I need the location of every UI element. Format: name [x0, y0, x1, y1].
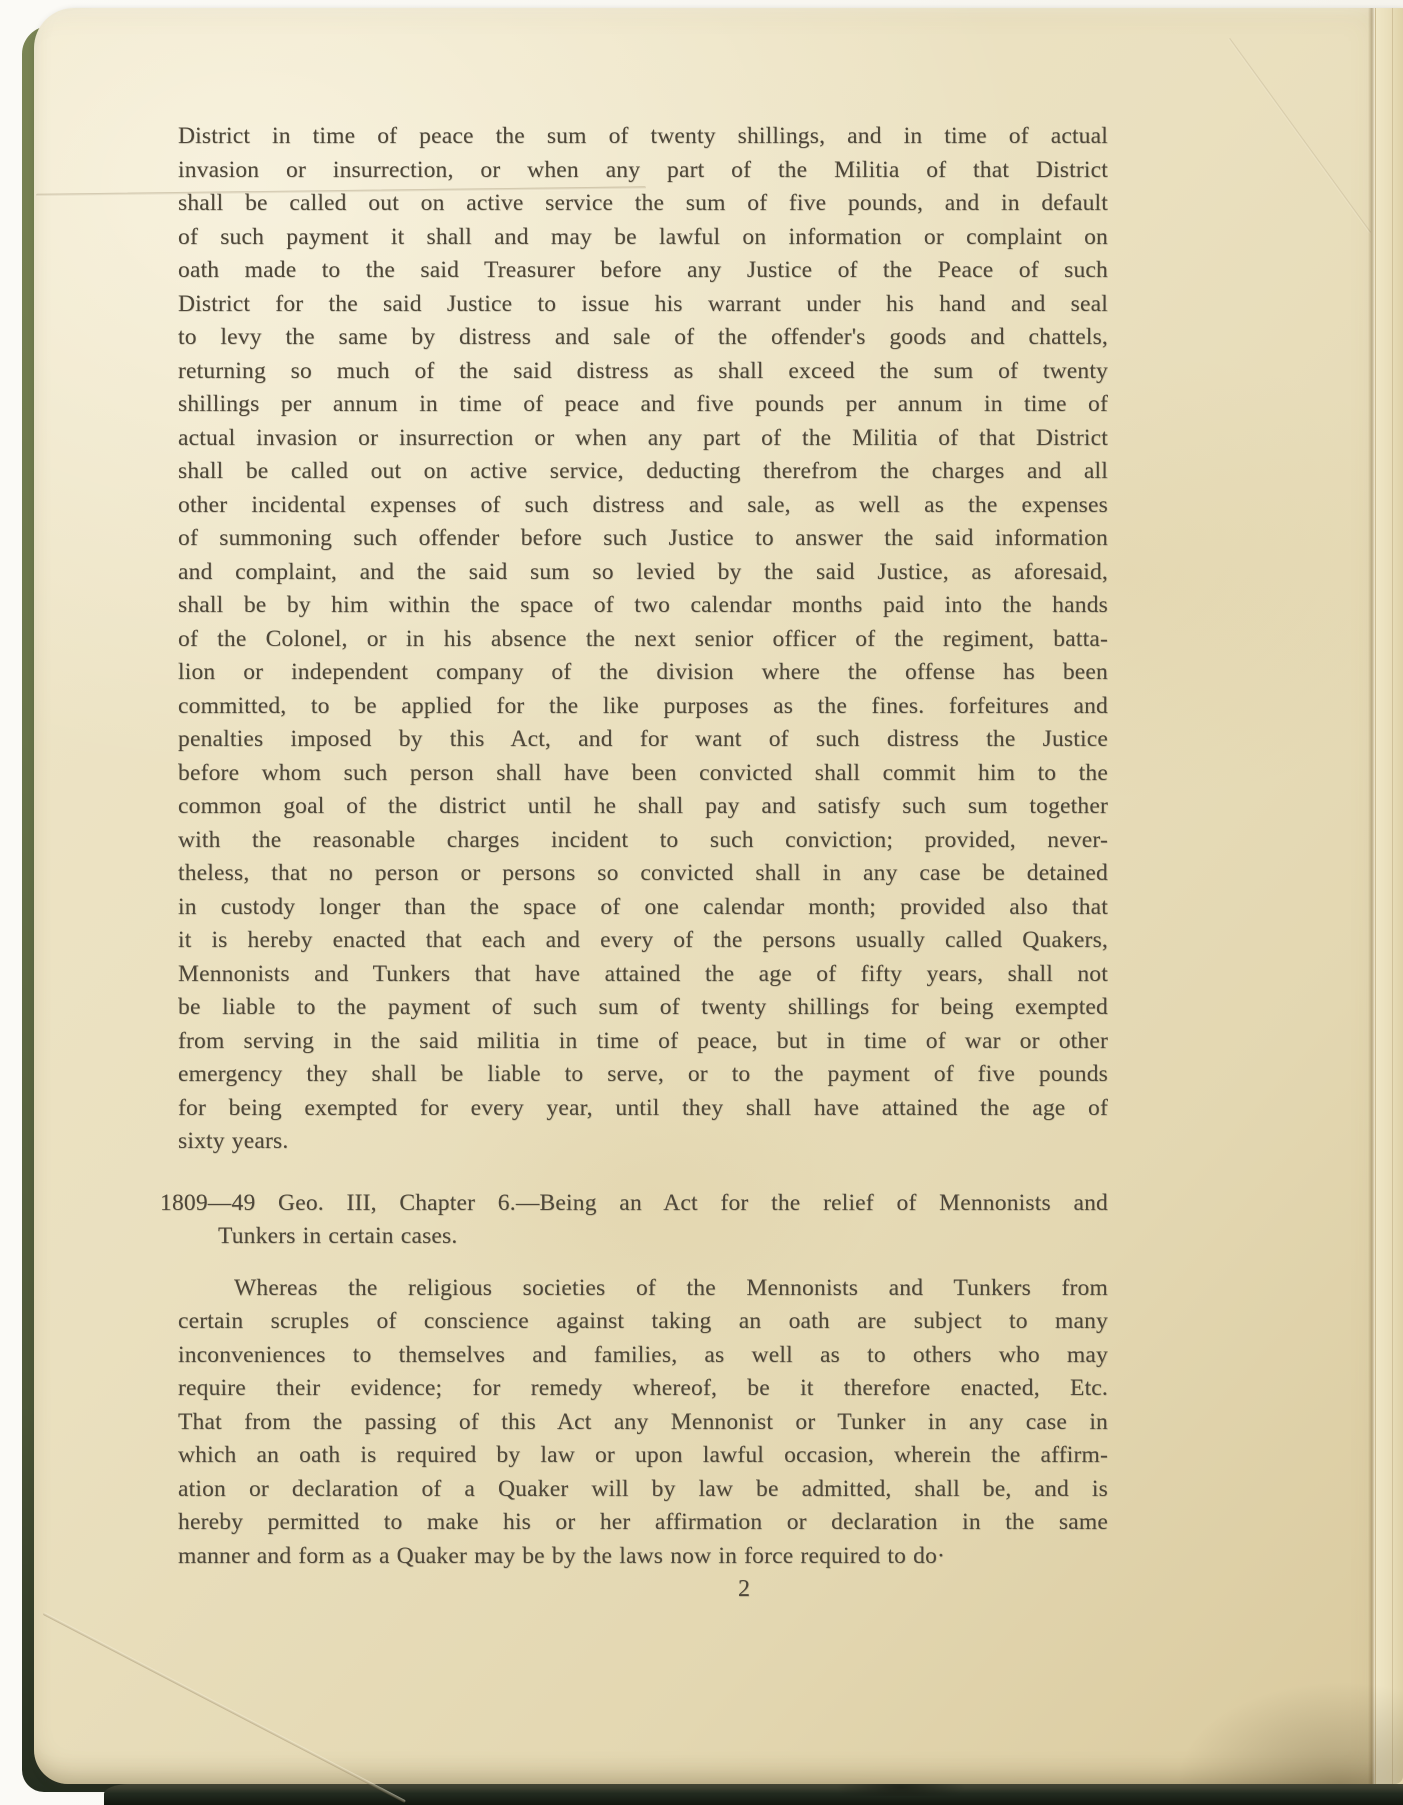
text-line: require their evidence; for remedy where…: [178, 1372, 1108, 1406]
text-line: certain scruples of conscience against t…: [178, 1305, 1108, 1339]
text-line: emergency they shall be liable to serve,…: [178, 1058, 1108, 1092]
text-line: theless, that no person or persons so co…: [178, 857, 1108, 891]
text-line: oath made to the said Treasurer before a…: [178, 254, 1108, 288]
text-line: of summoning such offender before such J…: [178, 522, 1108, 556]
text-line: penalties imposed by this Act, and for w…: [178, 723, 1108, 757]
text-line: sixty years.: [178, 1125, 1108, 1159]
text-line: shall be called out on active service, d…: [178, 455, 1108, 489]
text-line: inconveniences to themselves and familie…: [178, 1339, 1108, 1373]
text-line: of such payment it shall and may be lawf…: [178, 221, 1108, 255]
text-line: Tunkers in certain cases.: [160, 1220, 1108, 1254]
text-line: for being exempted for every year, until…: [178, 1092, 1108, 1126]
text-line: of the Colonel, or in his absence the ne…: [178, 623, 1108, 657]
text-line: lion or independent company of the divis…: [178, 656, 1108, 690]
text-line: in custody longer than the space of one …: [178, 891, 1108, 925]
text-line: other incidental expenses of such distre…: [178, 489, 1108, 523]
text-line: shall be by him within the space of two …: [178, 589, 1108, 623]
text-line: returning so much of the said distress a…: [178, 355, 1108, 389]
text-line: with the reasonable charges incident to …: [178, 824, 1108, 858]
bottom-shadow-strip: [104, 1784, 1403, 1805]
scanned-page-viewport: District in time of peace the sum of twe…: [0, 0, 1403, 1805]
text-line: and complaint, and the said sum so levie…: [178, 556, 1108, 590]
text-line: That from the passing of this Act any Me…: [178, 1406, 1108, 1440]
text-line: invasion or insurrection, or when any pa…: [178, 154, 1108, 188]
paper-crease-top-right: [1228, 38, 1371, 233]
text-line: shillings per annum in time of peace and…: [178, 388, 1108, 422]
page-paper: District in time of peace the sum of twe…: [34, 8, 1403, 1784]
text-line: District in time of peace the sum of twe…: [178, 120, 1108, 154]
text-line: 1809—49 Geo. III, Chapter 6.—Being an Ac…: [160, 1187, 1108, 1221]
text-line: from serving in the said militia in time…: [178, 1025, 1108, 1059]
corner-curl-shadow: [1154, 1668, 1403, 1784]
text-line: to levy the same by distress and sale of…: [178, 321, 1108, 355]
text-line: manner and form as a Quaker may be by th…: [178, 1540, 1108, 1574]
paragraph-militia-fines: District in time of peace the sum of twe…: [178, 120, 1108, 1159]
page-fold-line: [1368, 8, 1375, 1784]
text-line: it is hereby enacted that each and every…: [178, 924, 1108, 958]
text-line: committed, to be applied for the like pu…: [178, 690, 1108, 724]
text-line: ation or declaration of a Quaker will by…: [178, 1473, 1108, 1507]
text-line: Whereas the religious societies of the M…: [178, 1272, 1108, 1306]
text-line: hereby permitted to make his or her affi…: [178, 1506, 1108, 1540]
text-line: shall be called out on active service th…: [178, 187, 1108, 221]
text-line: common goal of the district until he sha…: [178, 790, 1108, 824]
paper-crease-bottom-left: [43, 1612, 406, 1803]
act-heading: 1809—49 Geo. III, Chapter 6.—Being an Ac…: [160, 1187, 1108, 1254]
underlying-page-edge: [1375, 8, 1403, 1784]
text-line: District for the said Justice to issue h…: [178, 288, 1108, 322]
text-line: be liable to the payment of such sum of …: [178, 991, 1108, 1025]
paragraph-whereas: Whereas the religious societies of the M…: [178, 1272, 1108, 1574]
text-block: District in time of peace the sum of twe…: [178, 120, 1108, 1573]
text-line: which an oath is required by law or upon…: [178, 1439, 1108, 1473]
text-line: before whom such person shall have been …: [178, 757, 1108, 791]
text-line: actual invasion or insurrection or when …: [178, 422, 1108, 456]
page-number: 2: [614, 1576, 874, 1603]
text-line: Mennonists and Tunkers that have attaine…: [178, 958, 1108, 992]
